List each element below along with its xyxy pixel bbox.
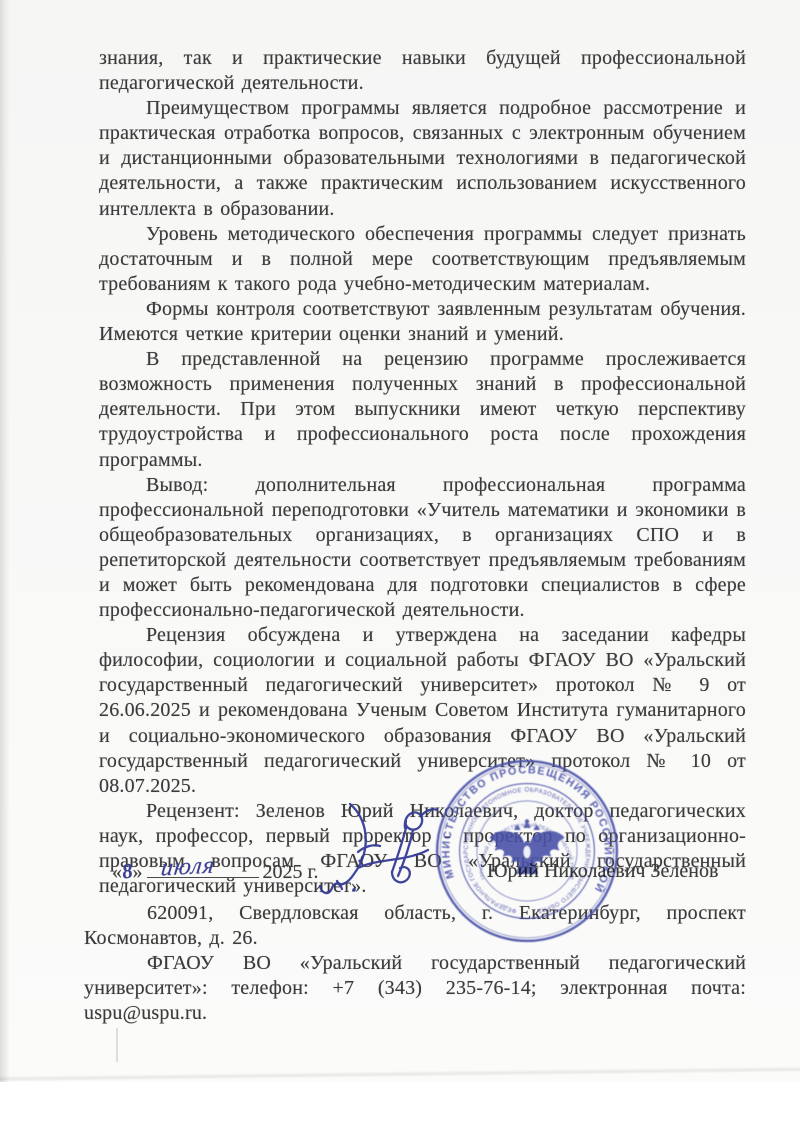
paragraph-conclusion: Вывод: дополнительная профессиональная п… (99, 473, 746, 624)
contact-line: ФГАОУ ВО «Уральский государственный педа… (84, 951, 746, 1026)
address-block: 620091, Свердловская область, г. Екатери… (84, 901, 746, 1026)
paragraph-approval: Рецензия обсуждена и утверждена на засед… (99, 623, 746, 799)
paragraph: знания, так и практические навыки будуще… (99, 46, 746, 96)
scan-artifact-mark (116, 1028, 118, 1062)
paragraph: Уровень методического обеспечения програ… (99, 222, 746, 297)
paragraph: В представленной на рецензию программе п… (99, 347, 746, 472)
page-left-scan-edge (0, 0, 10, 1082)
address-line: 620091, Свердловская область, г. Екатери… (84, 901, 746, 951)
body-text: знания, так и практические навыки будуще… (99, 46, 746, 899)
scanned-review-document: { "document": { "body_paragraphs": [ "зн… (0, 0, 800, 1132)
paragraph: Формы контроля соответствуют заявленным … (99, 297, 746, 347)
paragraph-reviewer: Рецензент: Зеленов Юрий Николаевич, докт… (99, 799, 746, 899)
paragraph: Преимуществом программы является подробн… (99, 96, 746, 221)
